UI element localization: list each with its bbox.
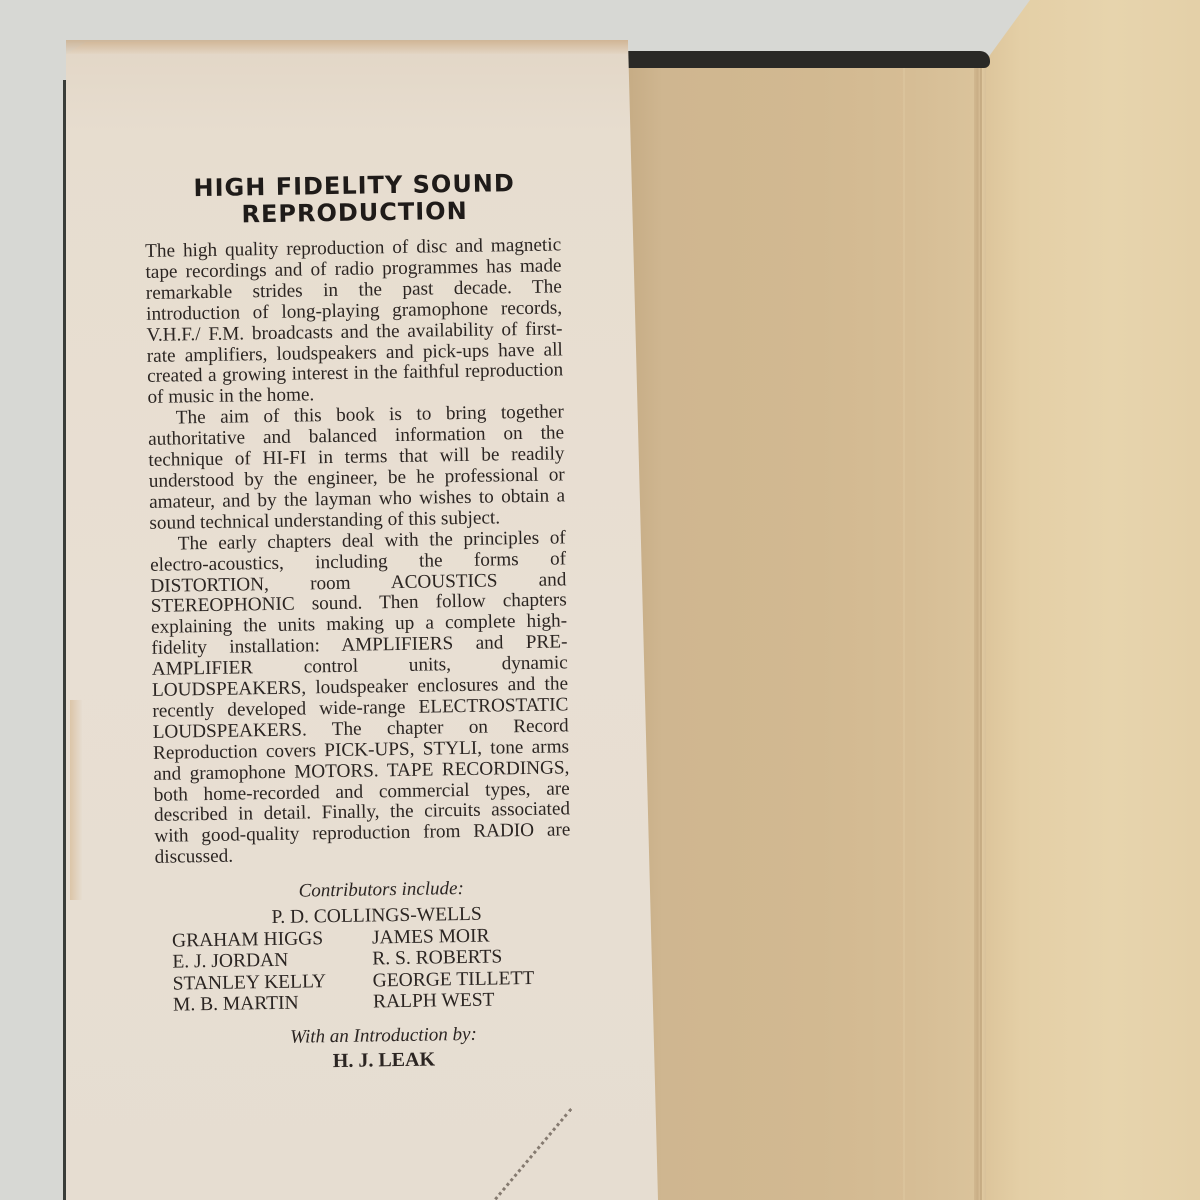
contributors-list: P. D. COLLINGS-WELLS GRAHAM HIGGS JAMES …: [172, 903, 574, 1017]
flap-title: HIGH FIDELITY SOUND REPRODUCTION: [154, 169, 555, 229]
flap-top-stain: [66, 40, 628, 54]
introduction-heading: With an Introduction by:: [193, 1022, 573, 1050]
contributor-name: JAMES MOIR: [372, 925, 490, 948]
book-gutter: [972, 62, 986, 1200]
right-endpaper-page: [982, 0, 1200, 1200]
board-top-edge: [628, 51, 990, 68]
contributor-name: GEORGE TILLETT: [373, 968, 535, 992]
blurb-paragraph-3: The early chapters deal with the princip…: [150, 528, 571, 869]
blurb-paragraph-1: The high quality reproduction of disc an…: [145, 235, 564, 409]
contributor-name: STANLEY KELLY: [173, 970, 373, 995]
endpaper-hinge-line: [903, 66, 905, 1200]
contributor-name: GRAHAM HIGGS: [172, 927, 372, 952]
blurb: The high quality reproduction of disc an…: [141, 235, 571, 869]
flap-text-block: HIGH FIDELITY SOUND REPRODUCTION The hig…: [140, 169, 574, 1075]
contributor-name: RALPH WEST: [373, 990, 495, 1013]
contributor-name: E. J. JORDAN: [172, 949, 372, 974]
contributors-heading: Contributors include:: [191, 877, 571, 905]
front-pastedown-endpaper: [628, 66, 974, 1200]
blurb-paragraph-2: The aim of this book is to bring togethe…: [148, 403, 566, 535]
flap-edge-stain: [70, 700, 82, 900]
book-photo: HIGH FIDELITY SOUND REPRODUCTION The hig…: [0, 0, 1200, 1200]
contributor-name: R. S. ROBERTS: [372, 947, 502, 971]
contributor-name: M. B. MARTIN: [173, 992, 373, 1017]
gutter-crease: [980, 62, 982, 1200]
